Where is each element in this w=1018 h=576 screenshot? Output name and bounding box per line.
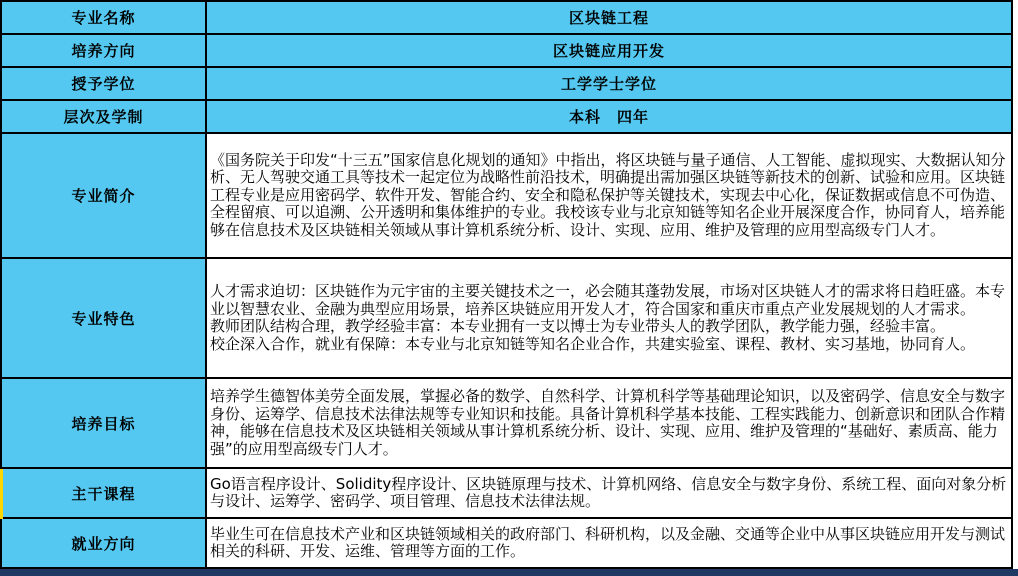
table-row-employment-direction: 就业方向 毕业生可在信息技术产业和区块链领域相关的政府部门、科研机构，以及金融、… xyxy=(2,519,1011,569)
table-row-major-name: 专业名称 区块链工程 xyxy=(2,2,1011,35)
table-row-main-courses: 主干课程 Go语言程序设计、Solidity程序设计、区块链原理与技术、计算机网… xyxy=(2,469,1011,519)
row-header-cell: 培养目标 xyxy=(2,379,207,467)
row-value-cell: 工学学士学位 xyxy=(207,68,1011,99)
table-row-level-duration: 层次及学制 本科 四年 xyxy=(2,101,1011,134)
row-text-cell: 《国务院关于印发“十三五”国家信息化规划的通知》中指出，将区块链与量子通信、人工… xyxy=(207,134,1011,257)
row-text-cell: 毕业生可在信息技术产业和区块链领域相关的政府部门、科研机构，以及金融、交通等企业… xyxy=(207,519,1011,567)
row-text-cell: 培养学生德智体美劳全面发展，掌握必备的数学、自然科学、计算机科学等基础理论知识，… xyxy=(207,379,1011,467)
table-row-major-features: 专业特色 人才需求迫切：区块链作为元宇宙的主要关键技术之一，必会随其蓬勃发展，市… xyxy=(2,259,1011,379)
page: 专业名称 区块链工程 培养方向 区块链应用开发 授予学位 工学学士学位 层次及学… xyxy=(0,0,1018,576)
table-row-degree: 授予学位 工学学士学位 xyxy=(2,68,1011,101)
row-text-cell: Go语言程序设计、Solidity程序设计、区块链原理与技术、计算机网络、信息安… xyxy=(207,469,1011,517)
table-row-training-direction: 培养方向 区块链应用开发 xyxy=(2,35,1011,68)
row-header-cell: 就业方向 xyxy=(2,519,207,567)
selection-highlight-bar xyxy=(0,469,3,519)
row-value-cell: 区块链工程 xyxy=(207,2,1011,33)
row-header-cell: 专业简介 xyxy=(2,134,207,257)
row-value-cell: 区块链应用开发 xyxy=(207,35,1011,66)
row-header-cell: 授予学位 xyxy=(2,68,207,99)
row-header-cell: 培养方向 xyxy=(2,35,207,66)
row-header-cell: 专业特色 xyxy=(2,259,207,377)
bottom-bar xyxy=(0,569,1018,576)
table-row-training-objectives: 培养目标 培养学生德智体美劳全面发展，掌握必备的数学、自然科学、计算机科学等基础… xyxy=(2,379,1011,469)
major-info-table: 专业名称 区块链工程 培养方向 区块链应用开发 授予学位 工学学士学位 层次及学… xyxy=(0,0,1013,569)
row-header-cell: 专业名称 xyxy=(2,2,207,33)
row-text-cell: 人才需求迫切：区块链作为元宇宙的主要关键技术之一，必会随其蓬勃发展，市场对区块链… xyxy=(207,259,1011,377)
row-value-cell: 本科 四年 xyxy=(207,101,1011,132)
row-header-cell: 主干课程 xyxy=(2,469,207,517)
table-row-major-introduction: 专业简介 《国务院关于印发“十三五”国家信息化规划的通知》中指出，将区块链与量子… xyxy=(2,134,1011,259)
row-header-cell: 层次及学制 xyxy=(2,101,207,132)
